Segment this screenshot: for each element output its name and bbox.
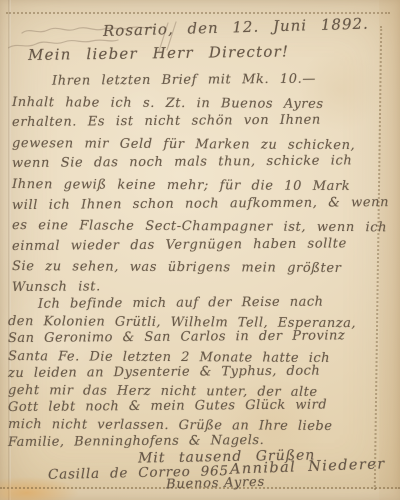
letter-sheet: Rosario, den 12. Juni 1892. Mein lieber … [0,0,400,500]
address-line-2: Buenos Ayres [166,475,265,493]
handwriting-line: erhalten. Es ist nicht schön von Ihnen [12,110,389,134]
salutation: Mein lieber Herr Director! [28,42,289,64]
handwriting-line: einmal wieder das Vergnügen haben sollte [12,234,389,258]
handwriting-line: San Geronimo & San Carlos in der Provinz [8,328,356,348]
paragraph-2: Ich befinde mich auf der Reise nach den … [8,296,356,451]
perforation-top [6,12,390,14]
handwriting-line: will ich Ihnen schon noch aufkommen, & w… [12,193,389,217]
handwriting-line: Ich befinde mich auf der Reise nach [8,293,356,313]
handwriting-line: Ihren letzten Brief mit Mk. 10.— [12,69,389,93]
paragraph-1: Ihren letzten Brief mit Mk. 10.— Inhalt … [12,72,389,299]
handwriting-line: zu leiden an Dysenterie & Typhus, doch [8,362,356,382]
date-line: Rosario, den 12. Juni 1892. [103,15,369,40]
handwriting-line: wenn Sie das noch mals thun, schicke ich [12,151,389,175]
handwriting-line: Gott lebt noch & mein Gutes Glück wird [8,396,356,416]
